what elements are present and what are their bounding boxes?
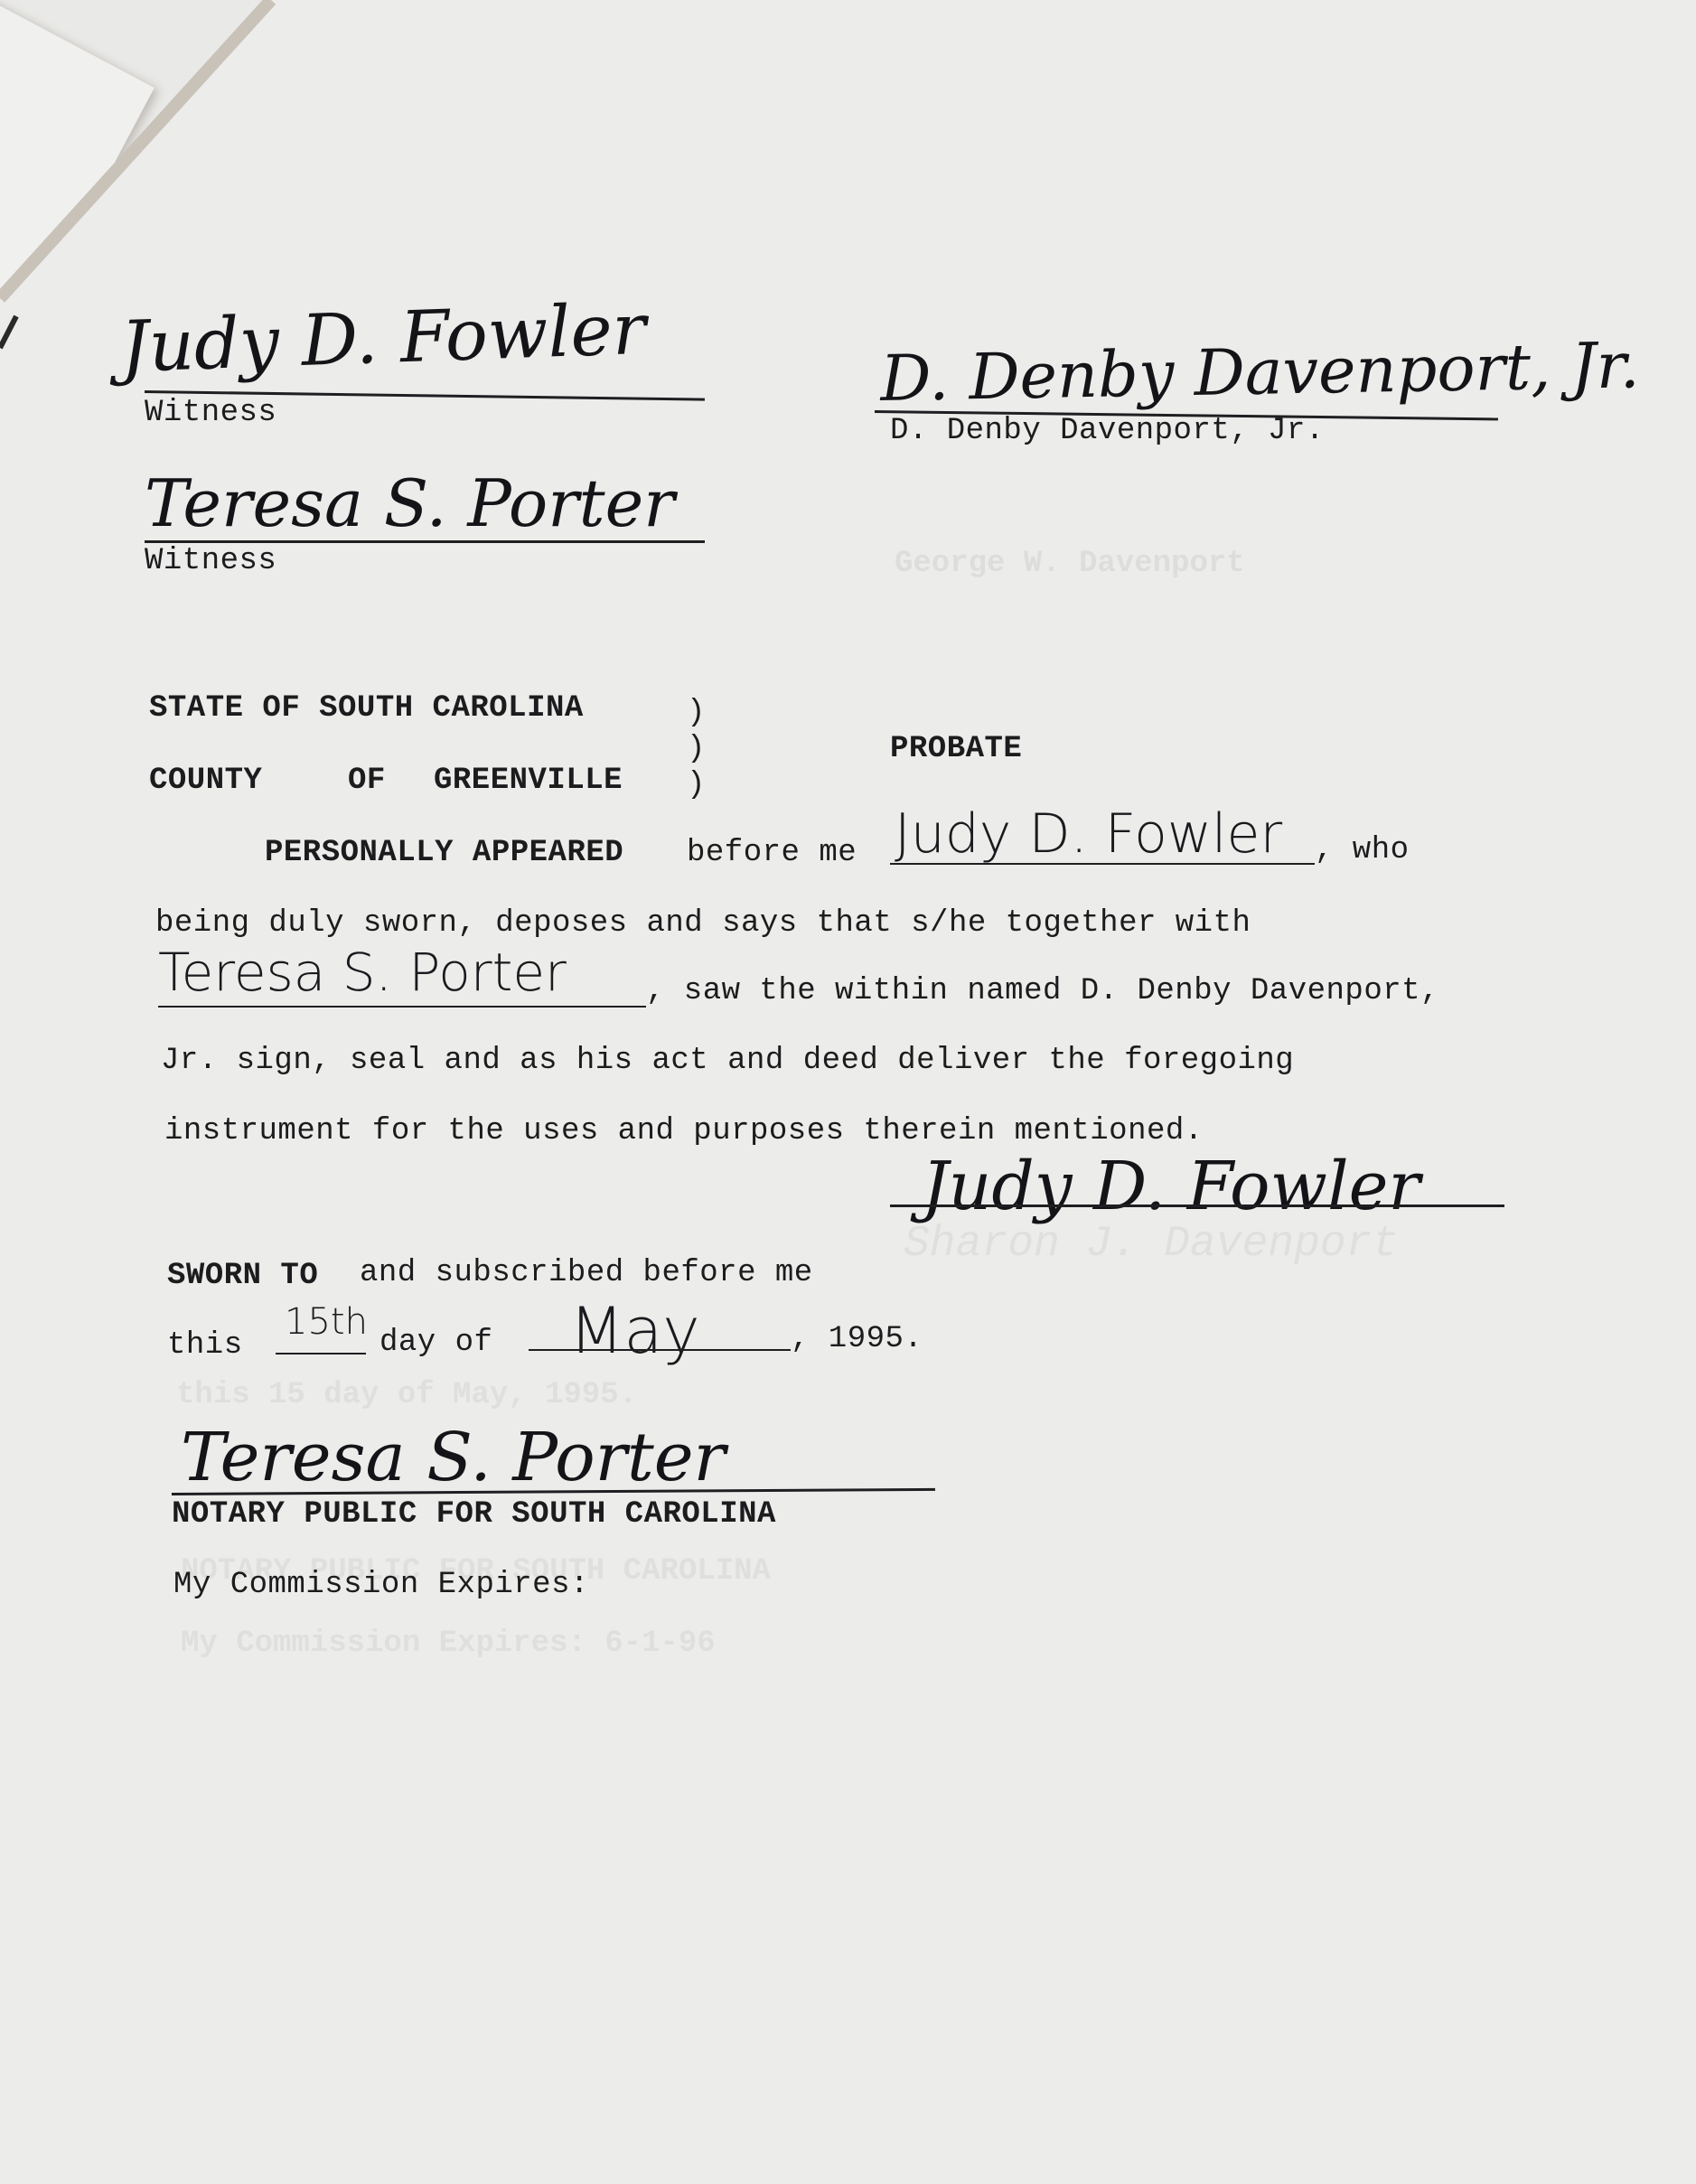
grantor-signature: D. Denby Davenport, Jr. bbox=[880, 328, 1641, 416]
body-line-4: Jr. sign, seal and as his act and deed d… bbox=[161, 1044, 1294, 1078]
body-line-2: being duly sworn, deposes and says that … bbox=[155, 906, 1251, 941]
of-word: OF bbox=[348, 764, 386, 798]
witness-1-signature: Judy D. Fowler bbox=[119, 289, 647, 389]
probate-title: PROBATE bbox=[890, 732, 1022, 766]
day-underline bbox=[276, 1353, 366, 1354]
bleed-through-text: George W. Davenport bbox=[895, 547, 1245, 581]
day-field[interactable]: 15th bbox=[285, 1301, 368, 1343]
sworn-rest: and subscribed before me bbox=[360, 1256, 813, 1290]
year-text: , 1995. bbox=[791, 1322, 923, 1356]
body-line-3: , saw the within named D. Denby Davenpor… bbox=[646, 974, 1439, 1008]
notary-signature: Teresa S. Porter bbox=[181, 1419, 726, 1496]
caption-paren: ) bbox=[687, 732, 706, 766]
state-caption: STATE OF SOUTH CAROLINA bbox=[149, 691, 584, 726]
deponent-signature: Judy D. Fowler bbox=[922, 1148, 1420, 1225]
day-of-text: day of bbox=[379, 1326, 492, 1360]
witness-2-signature-line bbox=[145, 540, 705, 543]
bleed-through-text: Sharon J. Davenport bbox=[904, 1220, 1398, 1269]
notary-label: NOTARY PUBLIC FOR SOUTH CAROLINA bbox=[172, 1497, 776, 1532]
county-name: GREENVILLE bbox=[434, 764, 623, 798]
witness-1-label: Witness bbox=[145, 396, 276, 430]
witness-2-signature: Teresa S. Porter bbox=[145, 465, 675, 541]
before-me-text: before me bbox=[687, 836, 857, 870]
deponent-signature-line bbox=[890, 1204, 1504, 1207]
appeared-name-underline bbox=[890, 863, 1315, 865]
witness-2-label: Witness bbox=[145, 544, 276, 578]
this-word: this bbox=[167, 1328, 243, 1363]
who-text: , who bbox=[1315, 833, 1410, 867]
commission-expires-label: My Commission Expires: bbox=[173, 1568, 589, 1602]
sworn-to: SWORN TO bbox=[167, 1259, 318, 1293]
month-underline bbox=[529, 1349, 791, 1351]
body-line-5: instrument for the uses and purposes the… bbox=[164, 1114, 1204, 1148]
personally-appeared: PERSONALLY APPEARED bbox=[265, 836, 623, 870]
appeared-name-field[interactable]: Judy D. Fowler bbox=[895, 802, 1282, 866]
month-field[interactable]: May bbox=[569, 1294, 700, 1368]
caption-paren: ) bbox=[687, 768, 706, 802]
together-name-underline bbox=[158, 1006, 646, 1008]
county-word: COUNTY bbox=[149, 764, 262, 798]
caption-paren: ) bbox=[687, 696, 706, 730]
document-page: George W. Davenport Sharon J. Davenport … bbox=[0, 0, 1696, 2184]
bleed-through-text: My Commission Expires: 6-1-96 bbox=[181, 1626, 716, 1661]
together-name-field[interactable]: Teresa S. Porter bbox=[158, 942, 567, 1003]
bleed-through-text: this 15 day of May, 1995. bbox=[176, 1378, 637, 1412]
grantor-name-label: D. Denby Davenport, Jr. bbox=[890, 414, 1325, 448]
